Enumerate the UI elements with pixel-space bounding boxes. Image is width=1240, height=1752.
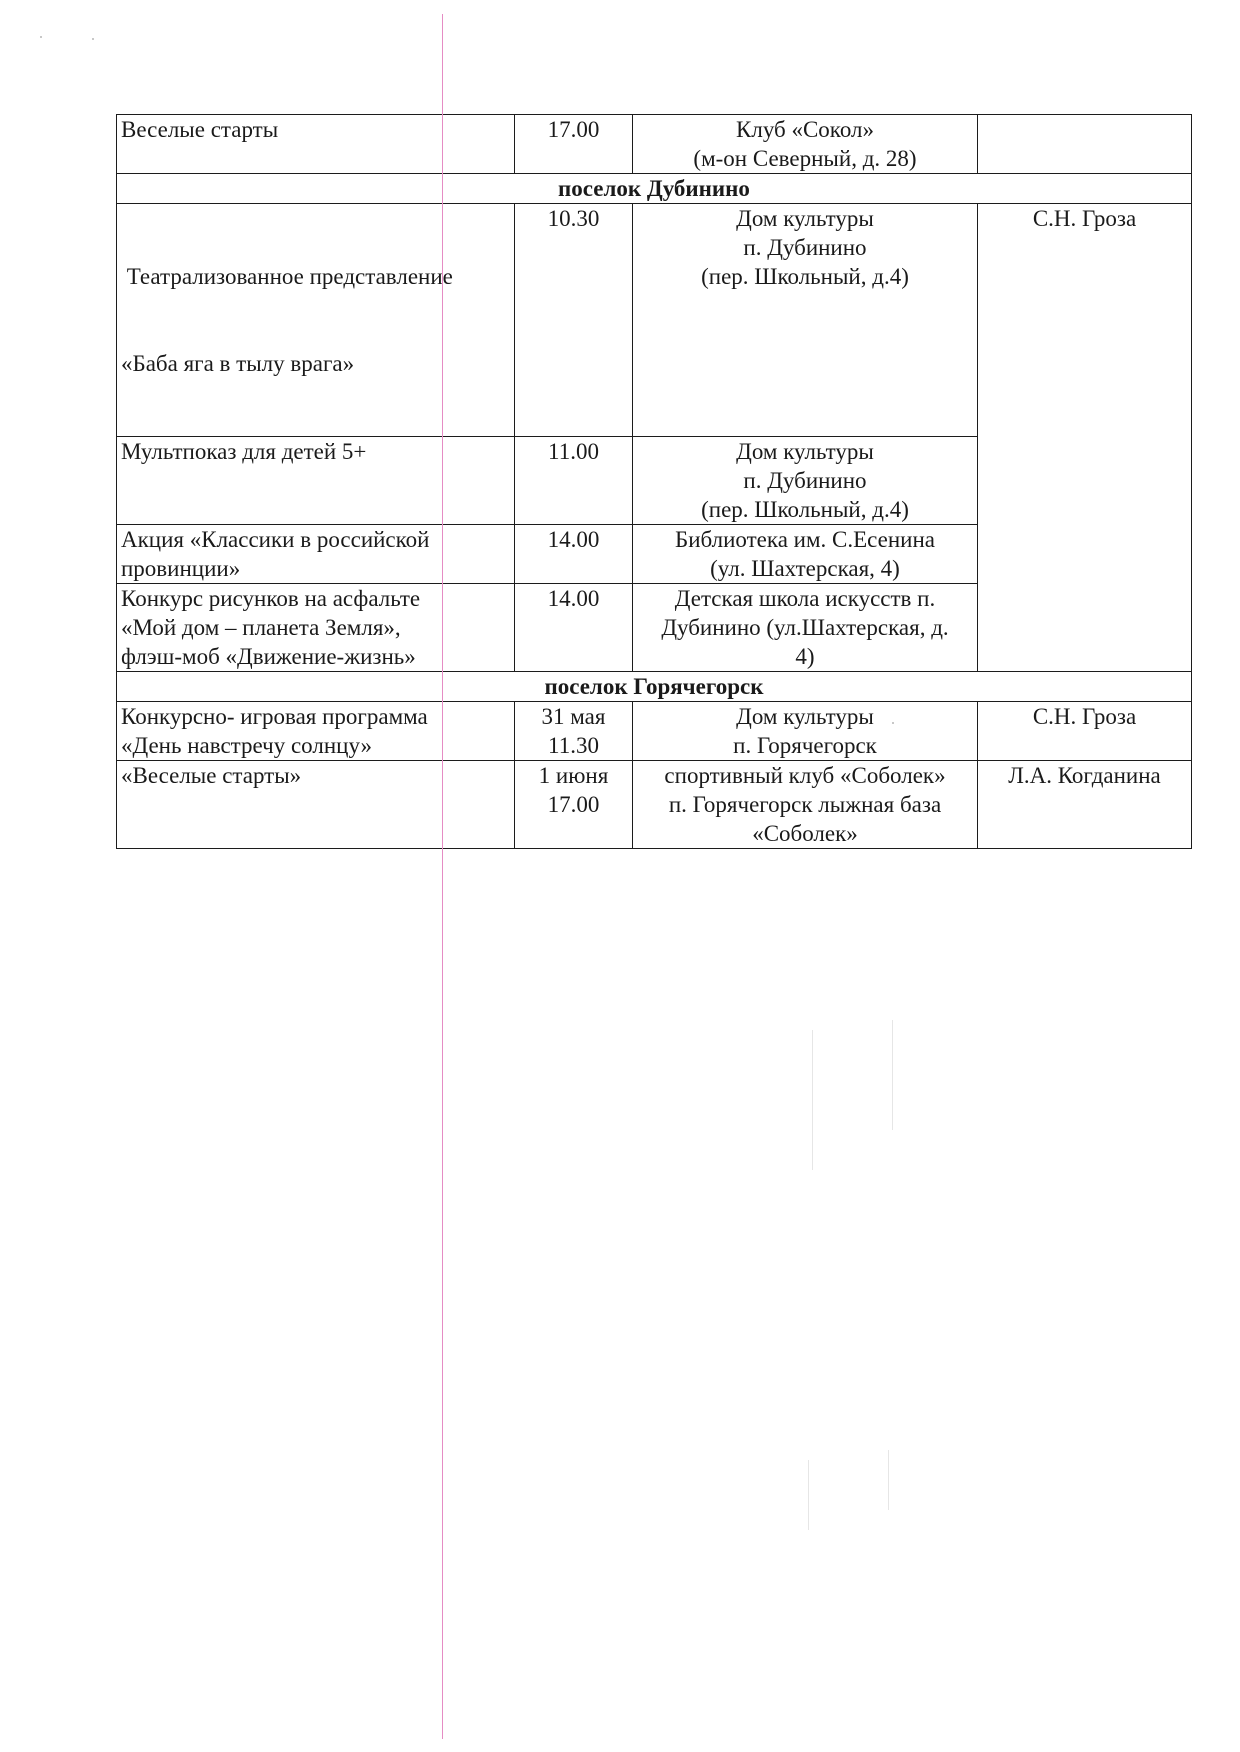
responsible-cell: С.Н. Гроза [978, 204, 1192, 672]
scan-artifact [808, 1460, 809, 1530]
time-cell: 10.30 [515, 204, 633, 437]
event-cell: Театрализованное представление «Баба яга… [117, 204, 515, 437]
venue-cell: Детская школа искусств п. Дубинино (ул.Ш… [633, 584, 978, 672]
venue-cell: Дом культуры п. Горячегорск [633, 702, 978, 761]
venue-cell: спортивный клуб «Соболек» п. Горячегорск… [633, 761, 978, 849]
time-cell: 1 июня 17.00 [515, 761, 633, 849]
responsible-cell: Л.А. Когданина [978, 761, 1192, 849]
scan-artifact [888, 1450, 889, 1510]
table-row: «Веселые старты» 1 июня 17.00 спортивный… [117, 761, 1192, 849]
event-cell: Веселые старты [117, 115, 515, 174]
venue-cell: Библиотека им. С.Есенина (ул. Шахтерская… [633, 525, 978, 584]
section-header-row: поселок Дубинино [117, 174, 1192, 204]
event-cell: Мультпоказ для детей 5+ [117, 437, 515, 525]
margin-line [442, 14, 443, 1739]
event-schedule-table: Веселые старты 17.00 Клуб «Сокол» (м-он … [116, 114, 1192, 849]
section-header-row: поселок Горячегорск [117, 672, 1192, 702]
event-cell: Акция «Классики в российской провинции» [117, 525, 515, 584]
table-row: Театрализованное представление «Баба яга… [117, 204, 1192, 437]
event-cell: «Веселые старты» [117, 761, 515, 849]
venue-cell: Дом культуры п. Дубинино (пер. Школьный,… [633, 437, 978, 525]
venue-cell: Дом культуры п. Дубинино (пер. Школьный,… [633, 204, 978, 437]
time-cell: 11.00 [515, 437, 633, 525]
responsible-cell: С.Н. Гроза [978, 702, 1192, 761]
time-cell: 14.00 [515, 584, 633, 672]
scan-artifact [812, 1030, 813, 1170]
time-cell: 31 мая 11.30 [515, 702, 633, 761]
section-title: поселок Дубинино [117, 174, 1192, 204]
scan-artifact [92, 38, 94, 40]
time-cell: 17.00 [515, 115, 633, 174]
scan-artifact [892, 1020, 893, 1130]
venue-cell: Клуб «Сокол» (м-он Северный, д. 28) [633, 115, 978, 174]
event-cell: Конкурсно- игровая программа «День навст… [117, 702, 515, 761]
section-title: поселок Горячегорск [117, 672, 1192, 702]
time-cell: 14.00 [515, 525, 633, 584]
table-row: Веселые старты 17.00 Клуб «Сокол» (м-он … [117, 115, 1192, 174]
event-cell: Конкурс рисунков на асфальте «Мой дом – … [117, 584, 515, 672]
table-row: Конкурсно- игровая программа «День навст… [117, 702, 1192, 761]
scan-artifact [40, 36, 42, 38]
responsible-cell [978, 115, 1192, 174]
